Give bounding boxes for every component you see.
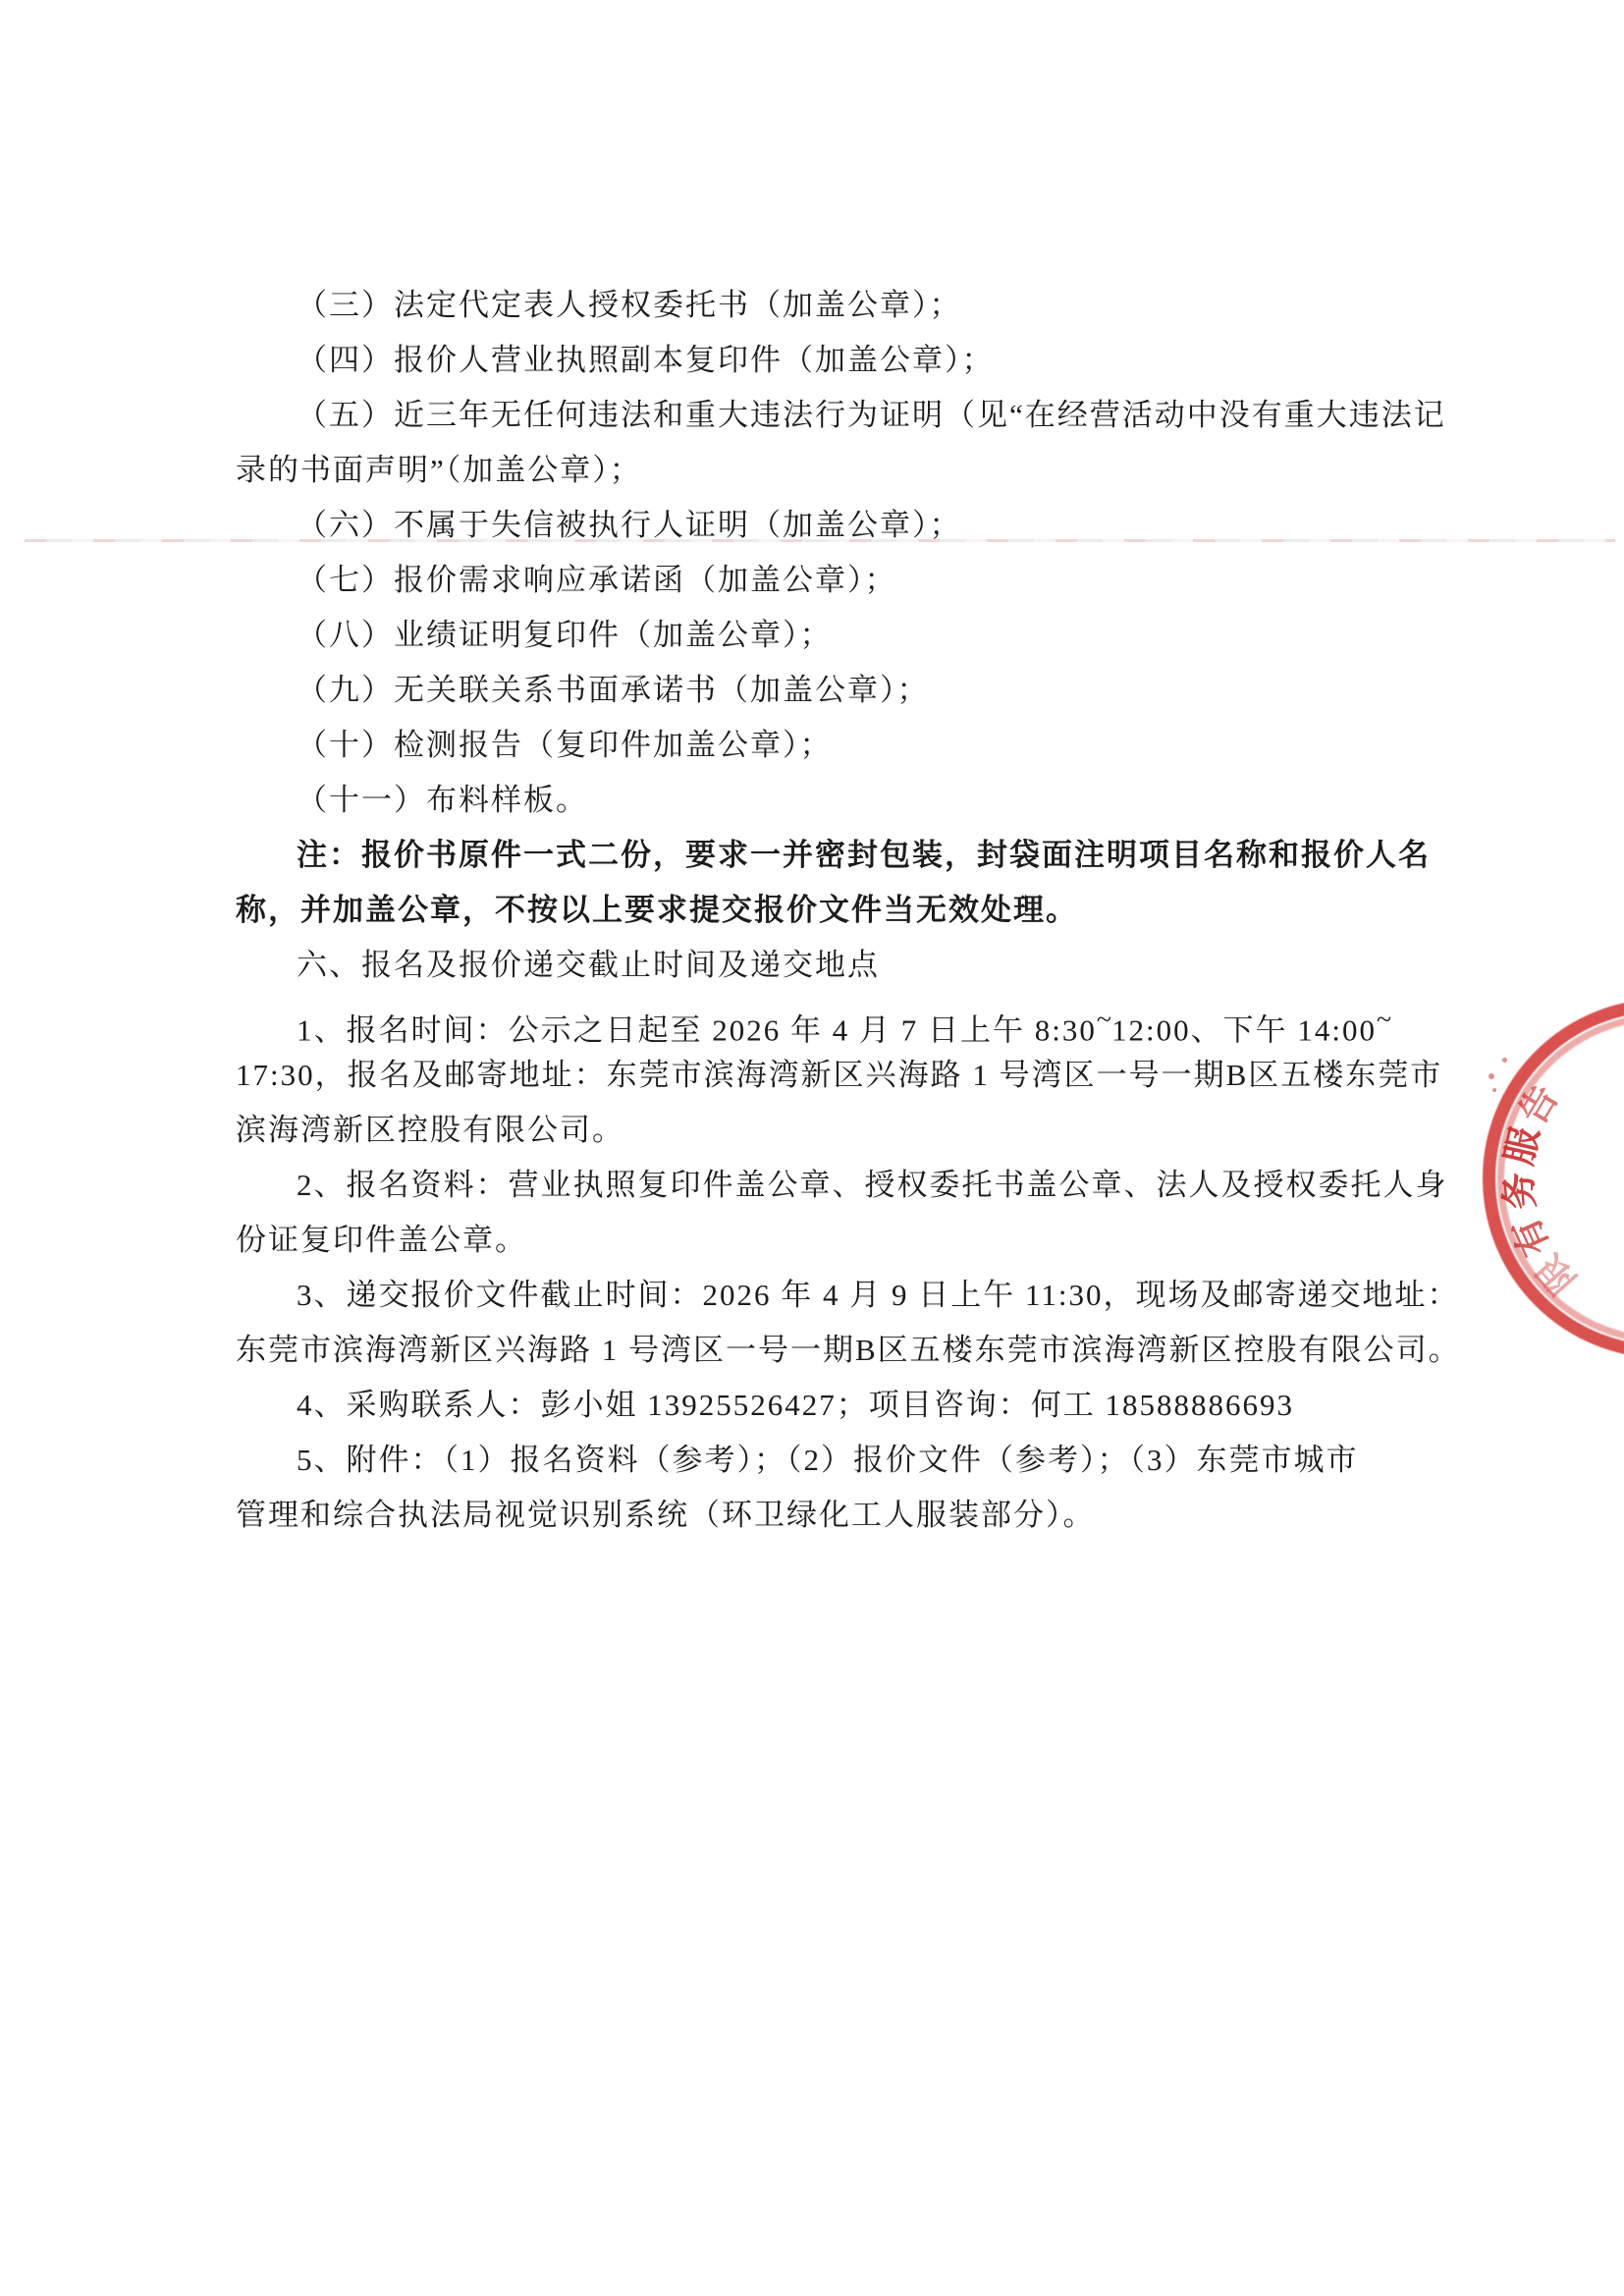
doc-line: 录的书面声明”（加盖公章）；	[0, 443, 1624, 498]
doc-line: （三）法定代定表人授权委托书（加盖公章）；	[0, 278, 1624, 333]
doc-line: 5、附件：（1）报名资料（参考）；（2）报价文件（参考）；（3）东莞市城市	[0, 1433, 1624, 1488]
doc-line: （八）业绩证明复印件（加盖公章）；	[0, 608, 1624, 663]
doc-note-line: 注：报价书原件一式二份，要求一并密封包装，封袋面注明项目名称和报价人名	[0, 828, 1624, 883]
document-page: （三）法定代定表人授权委托书（加盖公章）； （四）报价人营业执照副本复印件（加盖…	[0, 0, 1624, 2296]
doc-line: （九）无关联关系书面承诺书（加盖公章）；	[0, 663, 1624, 718]
doc-line: 4、采购联系人：彭小姐 13925526427；项目咨询：何工 18588886…	[0, 1378, 1624, 1433]
doc-line: （十一）布料样板。	[0, 773, 1624, 828]
doc-section-heading: 六、报名及报价递交截止时间及递交地点	[0, 938, 1624, 993]
doc-line: 2、报名资料：营业执照复印件盖公章、授权委托书盖公章、法人及授权委托人身	[0, 1158, 1624, 1213]
seal-char: 务	[1488, 1171, 1544, 1213]
seal-speckle	[1492, 1088, 1496, 1092]
document-body: （三）法定代定表人授权委托书（加盖公章）； （四）报价人营业执照副本复印件（加盖…	[0, 278, 1624, 1543]
doc-line: 管理和综合执法局视觉识别系统（环卫绿化工人服装部分）。	[0, 1488, 1624, 1543]
doc-line: 滨海湾新区控股有限公司。	[0, 1103, 1624, 1158]
doc-line: （十）检测报告（复印件加盖公章）；	[0, 718, 1624, 773]
doc-line: 3、递交报价文件截止时间：2026 年 4 月 9 日上午 11:30，现场及邮…	[0, 1268, 1624, 1323]
doc-line: （七）报价需求响应承诺函（加盖公章）；	[0, 553, 1624, 608]
seal-speckle	[1489, 1073, 1494, 1079]
doc-line: 17:30，报名及邮寄地址：东莞市滨海湾新区兴海路 1 号湾区一号一期B区五楼东…	[0, 1048, 1624, 1103]
seal-speckle	[1502, 1058, 1507, 1063]
doc-line: （六）不属于失信被执行人证明（加盖公章）；	[0, 498, 1624, 553]
doc-line: （四）报价人营业执照副本复印件（加盖公章）；	[0, 333, 1624, 388]
doc-line: 份证复印件盖公章。	[0, 1213, 1624, 1268]
doc-line: 东莞市滨海湾新区兴海路 1 号湾区一号一期B区五楼东莞市滨海湾新区控股有限公司。	[0, 1323, 1624, 1378]
doc-line: （五）近三年无任何违法和重大违法行为证明（见“在经营活动中没有重大违法记	[0, 388, 1624, 443]
doc-note-line: 称，并加盖公章，不按以上要求提交报价文件当无效处理。	[0, 883, 1624, 938]
doc-line: 1、报名时间：公示之日起至 2026 年 4 月 7 日上午 8:30~12:0…	[0, 993, 1624, 1048]
